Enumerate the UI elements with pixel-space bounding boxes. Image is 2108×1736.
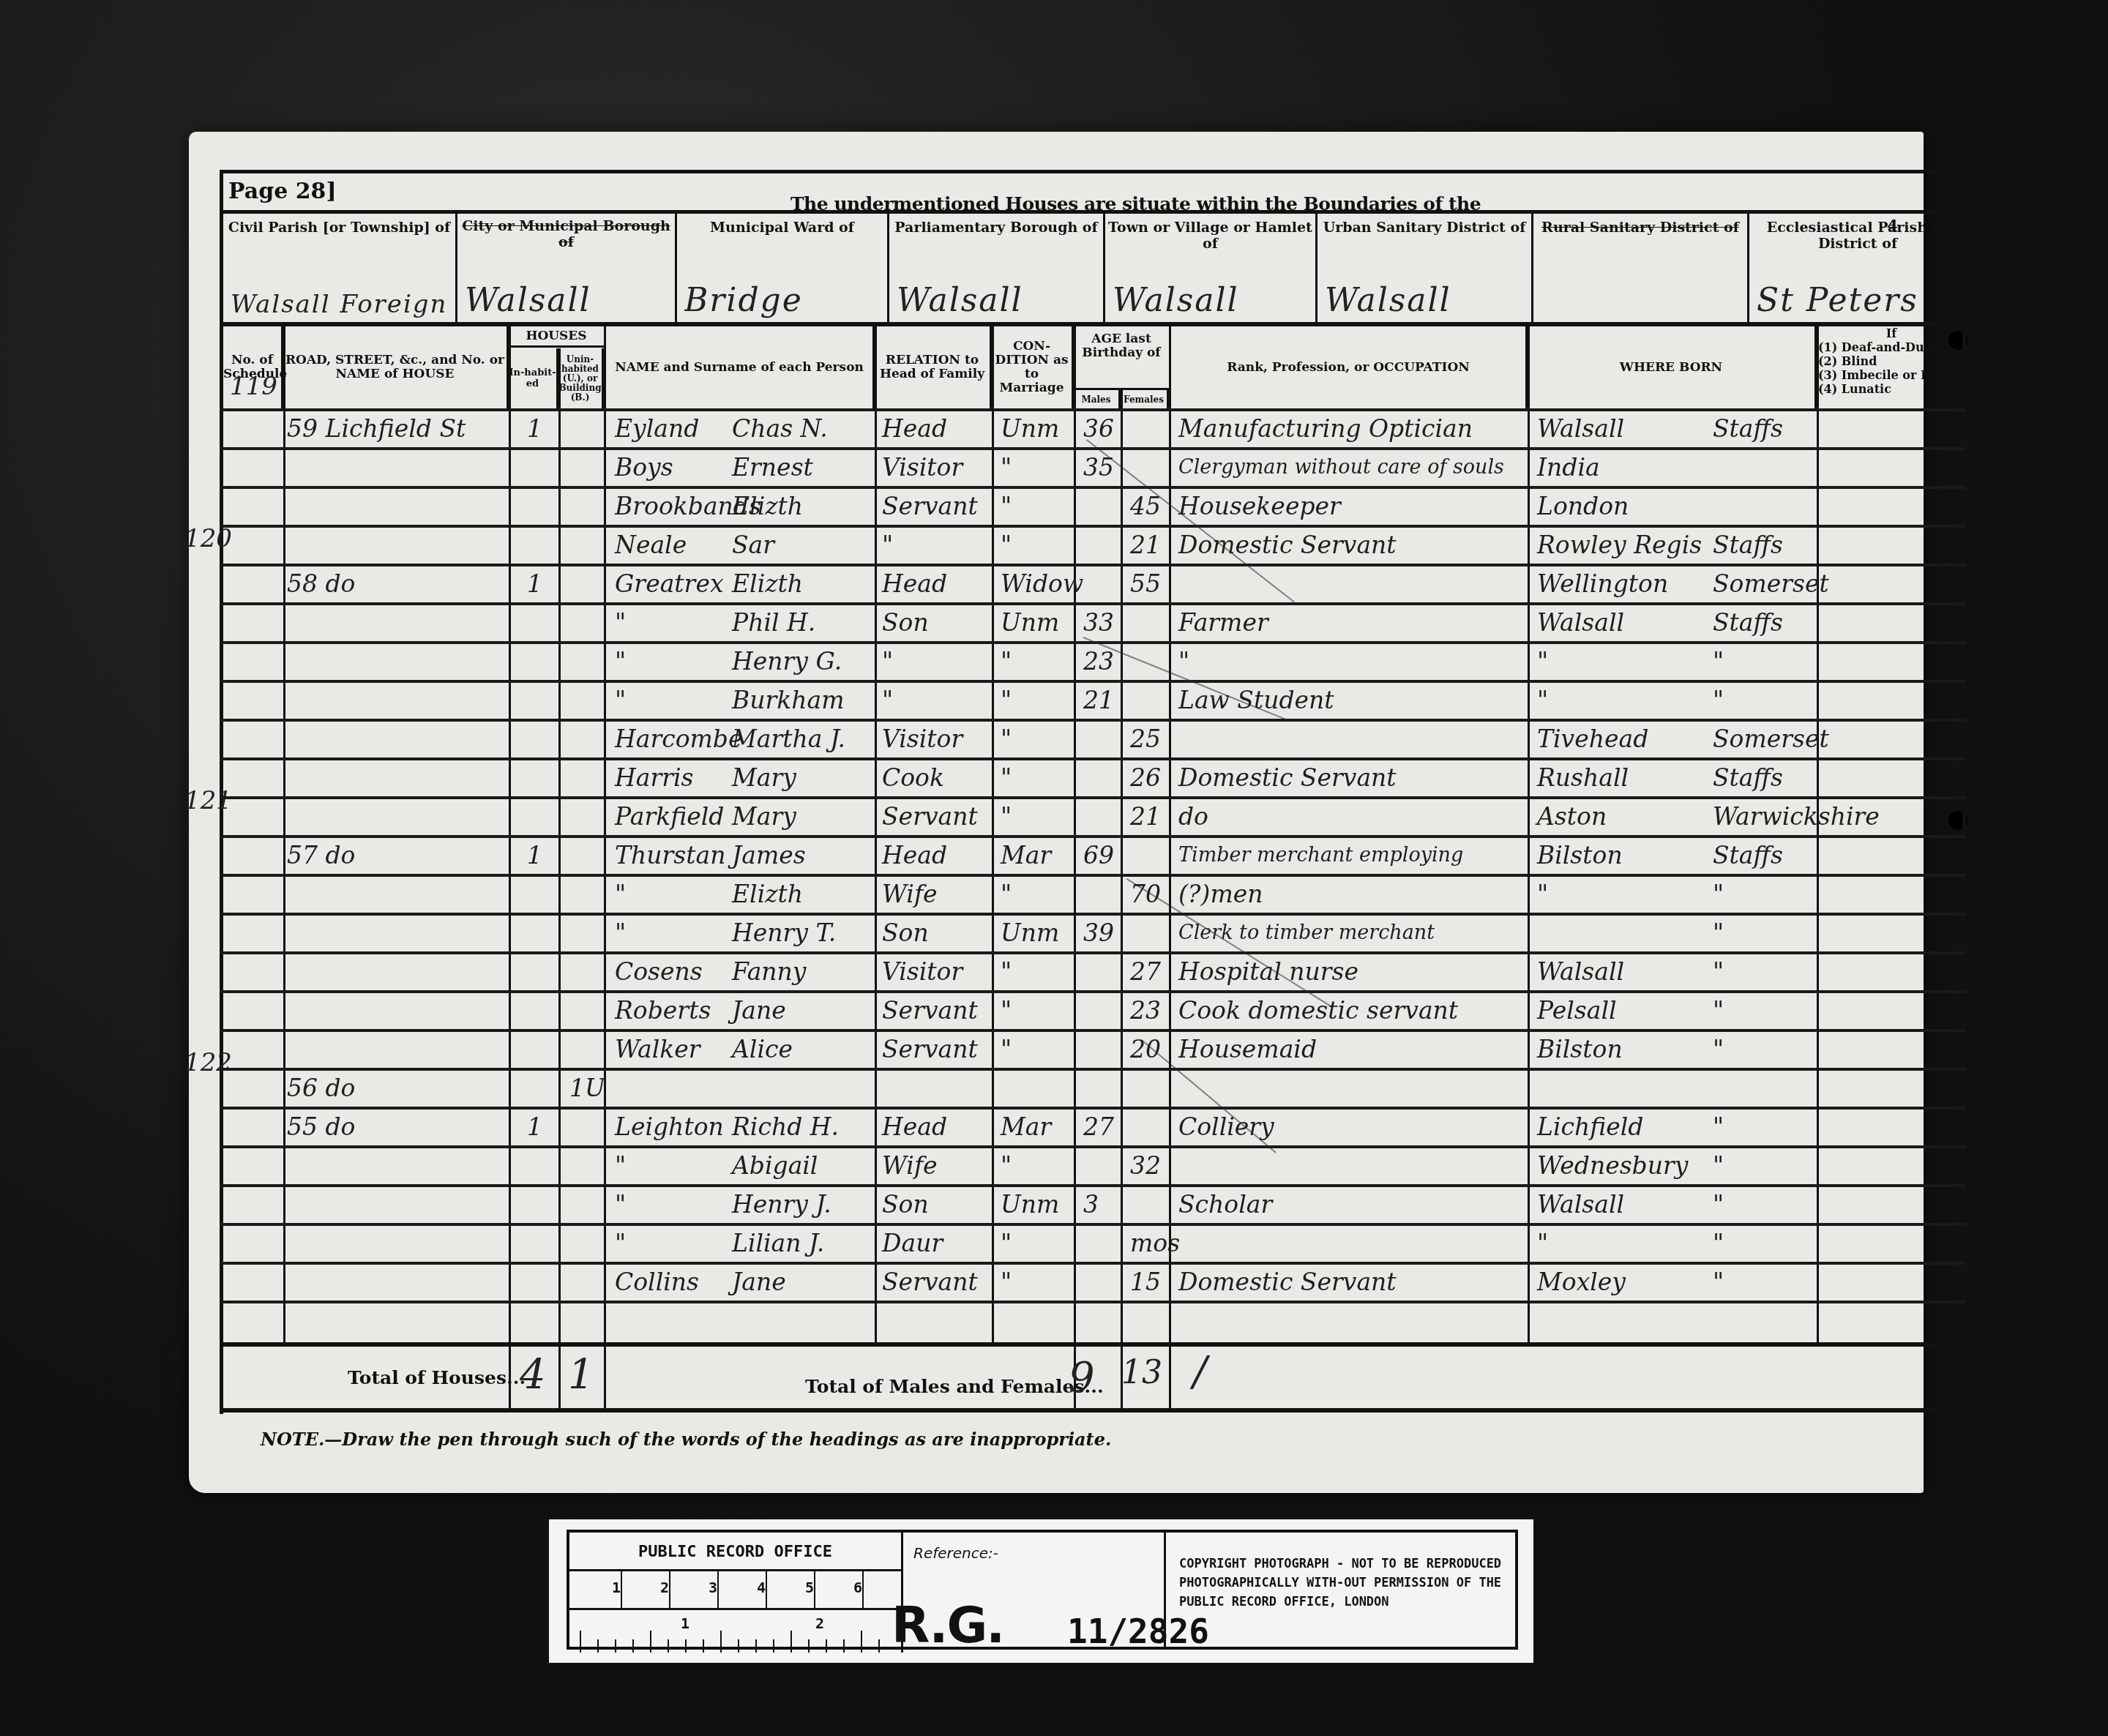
female-age-cell (1130, 605, 1174, 643)
road-cell (287, 489, 507, 527)
surname-cell: " (615, 877, 725, 915)
birthplace-cell: Walsall (1537, 1187, 1727, 1225)
surname-cell: Harcombe (615, 722, 725, 760)
forename-cell: Ernest (732, 450, 871, 488)
occupation-cell: Cook domestic servant (1178, 993, 1530, 1031)
birth-county-cell: " (1713, 877, 1844, 915)
occupation-cell (1178, 1303, 1530, 1342)
male-age-cell: 39 (1083, 916, 1127, 954)
female-age-cell (1130, 683, 1174, 721)
census-row: "Phil H.SonUnm33FarmerWalsallStaffs (220, 602, 1966, 640)
uninhabited-cell (569, 799, 613, 837)
total-persons-label: Total of Males and Females... (805, 1376, 1104, 1397)
boundary-value: Walsall (897, 282, 1099, 319)
uninhabited-cell (569, 1265, 613, 1303)
road-cell: 59 Lichfield St (287, 411, 507, 449)
header-condition: CON-DITION as to Marriage (992, 326, 1074, 408)
forename-cell: Chas N. (732, 411, 871, 449)
condition-cell: " (1001, 1265, 1081, 1303)
occupation-cell: Domestic Servant (1178, 1265, 1530, 1303)
totals-row: Total of Houses... 4 1 Total of Males an… (220, 1342, 1966, 1413)
relation-cell: " (882, 644, 992, 682)
occupation-cell: Housemaid (1178, 1032, 1530, 1070)
census-row: "Burkham""21Law Student"" (220, 680, 1966, 718)
census-row: BoysErnestVisitor"35Clergyman without ca… (220, 447, 1966, 485)
census-row: HarrisMaryCook"26Domestic ServantRushall… (220, 757, 1966, 796)
male-age-cell (1083, 1148, 1127, 1186)
surname-cell: " (615, 644, 725, 682)
birthplace-cell: " (1537, 683, 1727, 721)
relation-cell: " (882, 683, 992, 721)
occupation-cell: Law Student (1178, 683, 1530, 721)
boundary-parliamentary-borough: Parliamentary Borough of Walsall (889, 214, 1105, 323)
birth-county-cell: " (1713, 1032, 1844, 1070)
female-age-cell: 26 (1130, 760, 1174, 798)
surname-cell: " (615, 1226, 725, 1264)
census-row: CosensFannyVisitor"27Hospital nurseWalsa… (220, 951, 1966, 989)
boundary-municipal-borough: City or Municipal Borough of Walsall (457, 214, 677, 323)
ruler-tick (773, 1639, 774, 1653)
inhabited-cell: 1 (527, 566, 571, 605)
birth-county-cell: Staffs (1713, 528, 1844, 566)
occupation-cell: Farmer (1178, 605, 1530, 643)
birth-county-cell: " (1713, 993, 1844, 1031)
birth-county-cell: Staffs (1713, 411, 1844, 449)
surname-cell: Harris (615, 760, 725, 798)
uninhabited-cell (569, 838, 613, 876)
occupation-cell: Hospital nurse (1178, 954, 1530, 992)
birth-county-cell (1713, 489, 1844, 527)
surname-cell: Brookbands (615, 489, 725, 527)
forename-cell (732, 1303, 871, 1342)
uninhabited-cell (569, 993, 613, 1031)
header-inhabited: In-habit-ed (509, 348, 558, 408)
surname-cell: Walker (615, 1032, 725, 1070)
surname-cell: " (615, 916, 725, 954)
ruler-tick (790, 1631, 792, 1653)
condition-cell: " (1001, 954, 1081, 992)
forename-cell: Mary (732, 760, 871, 798)
surname-cell (615, 1071, 725, 1109)
census-row: CollinsJaneServant"15Domestic ServantMox… (220, 1262, 1966, 1300)
boundary-value: Walsall (465, 282, 670, 319)
birthplace-cell: Rushall (1537, 760, 1727, 798)
occupation-cell: Scholar (1178, 1187, 1530, 1225)
census-row: ParkfieldMaryServant"21doAstonWarwickshi… (220, 796, 1966, 834)
ruler-panel: PUBLIC RECORD OFFICE 1 2 3 4 5 6 1 2 (569, 1533, 903, 1653)
forename-cell: Sar (732, 528, 871, 566)
relation-cell: Daur (882, 1226, 992, 1264)
female-age-cell: 21 (1130, 799, 1174, 837)
inhabited-cell (527, 683, 571, 721)
male-age-cell (1083, 566, 1127, 605)
relation-cell: Head (882, 838, 992, 876)
male-age-cell: 69 (1083, 838, 1127, 876)
total-houses-label: Total of Houses... (348, 1367, 526, 1388)
road-cell (287, 605, 507, 643)
surname-cell: Neale (615, 528, 725, 566)
uninhabited-cell (569, 411, 613, 449)
relation-cell: Visitor (882, 722, 992, 760)
inhabited-cell (527, 605, 571, 643)
birthplace-cell: Walsall (1537, 411, 1727, 449)
relation-cell: Servant (882, 993, 992, 1031)
inhabited-cell (527, 760, 571, 798)
reference-label: Reference:- (913, 1544, 998, 1562)
footnote: NOTE.—Draw the pen through such of the w… (261, 1429, 1111, 1450)
male-age-cell (1083, 1265, 1127, 1303)
relation-cell: " (882, 528, 992, 566)
surname-cell: " (615, 1187, 725, 1225)
relation-cell: Wife (882, 1148, 992, 1186)
forename-cell: Jane (732, 1265, 871, 1303)
birth-county-cell: " (1713, 1265, 1844, 1303)
male-age-cell (1083, 799, 1127, 837)
ruler-tick (843, 1639, 845, 1653)
header-females: Females (1121, 388, 1169, 408)
occupation-cell (1178, 1071, 1530, 1109)
female-age-cell: 55 (1130, 566, 1174, 605)
boundary-value: Bridge (684, 282, 883, 319)
birthplace-cell: Moxley (1537, 1265, 1727, 1303)
surname-cell (615, 1303, 725, 1342)
male-age-cell (1083, 1303, 1127, 1342)
total-males: 9 (1069, 1354, 1095, 1402)
total-houses-uninhabited: 1 (568, 1351, 594, 1399)
total-females: 13 (1121, 1354, 1162, 1391)
occupation-cell (1178, 1148, 1530, 1186)
birthplace-cell: Lichfield (1537, 1110, 1727, 1148)
header-where-born: WHERE BORN (1528, 326, 1817, 408)
condition-cell: " (1001, 528, 1081, 566)
birthplace-cell: Walsall (1537, 605, 1727, 643)
occupation-cell: Clergyman without care of souls (1178, 450, 1530, 488)
birth-county-cell (1713, 1071, 1844, 1109)
birthplace-cell: Wednesbury (1537, 1148, 1727, 1186)
ruler-tick (580, 1631, 581, 1653)
birth-county-cell: " (1713, 1148, 1844, 1186)
birthplace-cell: Wellington (1537, 566, 1727, 605)
male-age-cell (1083, 489, 1127, 527)
inhabited-cell: 1 (527, 838, 571, 876)
boundary-urban-sanitary: Urban Sanitary District of Walsall (1317, 214, 1533, 323)
road-cell: 55 do (287, 1110, 507, 1148)
inhabited-cell (527, 1303, 571, 1342)
female-age-cell (1130, 838, 1174, 876)
female-age-cell: 15 (1130, 1265, 1174, 1303)
occupation-cell: Domestic Servant (1178, 528, 1530, 566)
male-age-cell (1083, 1071, 1127, 1109)
birthplace-cell: Tivehead (1537, 722, 1727, 760)
census-row: "Henry J.SonUnm3ScholarWalsall" (220, 1184, 1966, 1222)
census-row: "ElizthWife"70(?)men"" (220, 874, 1966, 912)
uninhabited-cell (569, 916, 613, 954)
road-cell (287, 1187, 507, 1225)
road-cell (287, 877, 507, 915)
uninhabited-cell (569, 722, 613, 760)
uninhabited-cell (569, 489, 613, 527)
inhabited-cell (527, 528, 571, 566)
condition-cell: Unm (1001, 916, 1081, 954)
female-age-cell: mos (1130, 1226, 1174, 1264)
birthplace-cell: Bilston (1537, 1032, 1727, 1070)
uninhabited-cell (569, 450, 613, 488)
birthplace-cell: " (1537, 1226, 1727, 1264)
condition-cell: " (1001, 1226, 1081, 1264)
uninhabited-cell (569, 1148, 613, 1186)
male-age-cell (1083, 954, 1127, 992)
inhabited-cell (527, 1265, 571, 1303)
banner-title: The undermentioned Houses are situate wi… (790, 193, 1481, 214)
census-row: 57 do1ThurstanJamesHeadMar69Timber merch… (220, 835, 1966, 873)
boundary-value: Walsall (1325, 282, 1527, 319)
road-cell (287, 528, 507, 566)
uninhabited-cell (569, 644, 613, 682)
surname-cell: Roberts (615, 993, 725, 1031)
relation-cell (882, 1303, 992, 1342)
birth-county-cell (1713, 1303, 1844, 1342)
surname-cell: Eyland (615, 411, 725, 449)
boundary-value: Walsall Foreign (231, 290, 451, 319)
uninhabited-cell (569, 954, 613, 992)
birth-county-cell: " (1713, 1110, 1844, 1148)
census-row: "Lilian J.Daur"mos"" (220, 1223, 1966, 1261)
female-age-cell (1130, 644, 1174, 682)
inhabited-cell (527, 1032, 571, 1070)
condition-cell: " (1001, 450, 1081, 488)
birthplace-cell: Bilston (1537, 838, 1727, 876)
header-males: Males (1074, 388, 1121, 408)
female-age-cell (1130, 1187, 1174, 1225)
condition-cell (1001, 1303, 1081, 1342)
inhabited-cell (527, 644, 571, 682)
female-age-cell (1130, 1303, 1174, 1342)
ruler-tick (668, 1639, 669, 1653)
occupation-cell: Manufacturing Optician (1178, 411, 1530, 449)
birthplace-cell (1537, 916, 1727, 954)
uninhabited-cell (569, 1303, 613, 1342)
census-row (220, 1301, 1966, 1339)
birthplace-cell: " (1537, 877, 1727, 915)
birth-county-cell: " (1713, 644, 1844, 682)
ruler-tick (685, 1639, 687, 1653)
uninhabited-cell (569, 1110, 613, 1148)
relation-cell: Head (882, 566, 992, 605)
inhabited-cell (527, 1187, 571, 1225)
total-houses-inhabited: 4 (520, 1351, 546, 1399)
female-age-cell: 23 (1130, 993, 1174, 1031)
road-cell (287, 1148, 507, 1186)
birth-county-cell: Somerset (1713, 722, 1844, 760)
forename-cell: Abigail (732, 1148, 871, 1186)
surname-cell: Leighton (615, 1110, 725, 1148)
surname-cell: " (615, 683, 725, 721)
occupation-cell: Domestic Servant (1178, 760, 1530, 798)
relation-cell: Servant (882, 489, 992, 527)
census-row: 59 Lichfield St1EylandChas N.HeadUnm36Ma… (220, 408, 1966, 446)
road-cell (287, 1303, 507, 1342)
birthplace-cell: London (1537, 489, 1727, 527)
condition-cell: Unm (1001, 605, 1081, 643)
uninhabited-cell: 1U (569, 1071, 613, 1109)
relation-cell: Cook (882, 760, 992, 798)
inhabited-cell (527, 1071, 571, 1109)
male-age-cell (1083, 877, 1127, 915)
surname-cell: Thurstan (615, 838, 725, 876)
inhabited-cell (527, 722, 571, 760)
ruler-tick (650, 1631, 651, 1653)
uninhabited-cell (569, 683, 613, 721)
page-number: Page 28] (228, 179, 337, 204)
condition-cell (1001, 1071, 1081, 1109)
forename-cell: Martha J. (732, 722, 871, 760)
condition-cell: Mar (1001, 1110, 1081, 1148)
uninhabited-cell (569, 760, 613, 798)
male-age-cell (1083, 1226, 1127, 1264)
road-cell (287, 722, 507, 760)
condition-cell: " (1001, 489, 1081, 527)
ruler-tick (703, 1639, 704, 1653)
relation-cell: Head (882, 1110, 992, 1148)
forename-cell: Henry T. (732, 916, 871, 954)
census-row: "Henry G.""23""" (220, 641, 1966, 679)
female-age-cell: 32 (1130, 1148, 1174, 1186)
copyright-notice: COPYRIGHT PHOTOGRAPH - NOT TO BE REPRODU… (1164, 1533, 1517, 1647)
female-age-cell (1130, 450, 1174, 488)
boundary-rural-sanitary: Rural Sanitary District of (1533, 214, 1749, 323)
inhabited-cell (527, 799, 571, 837)
inhabited-cell (527, 1148, 571, 1186)
forename-cell: Fanny (732, 954, 871, 992)
cm-ruler: 1 2 3 4 5 6 (569, 1569, 901, 1610)
female-age-cell: 45 (1130, 489, 1174, 527)
forename-cell: Henry J. (732, 1187, 871, 1225)
forename-cell: Jane (732, 993, 871, 1031)
road-cell (287, 954, 507, 992)
inhabited-cell (527, 916, 571, 954)
road-cell (287, 799, 507, 837)
header-infirmity: If (1) Deaf-and-Dumb (2) Blind (3) Imbec… (1818, 326, 1965, 408)
forename-cell (732, 1071, 871, 1109)
surname-cell: Collins (615, 1265, 725, 1303)
female-age-cell (1130, 1110, 1174, 1148)
female-age-cell (1130, 1071, 1174, 1109)
surname-cell: " (615, 605, 725, 643)
relation-cell: Wife (882, 877, 992, 915)
male-age-cell (1083, 528, 1127, 566)
birth-county-cell (1713, 450, 1844, 488)
census-row: RobertsJaneServant"23Cook domestic serva… (220, 990, 1966, 1028)
occupation-cell: do (1178, 799, 1530, 837)
female-age-cell: 27 (1130, 954, 1174, 992)
male-age-cell: 21 (1083, 683, 1127, 721)
female-age-cell: 21 (1130, 528, 1174, 566)
road-cell (287, 683, 507, 721)
road-cell (287, 1226, 507, 1264)
uninhabited-cell (569, 1187, 613, 1225)
boundary-value: St Peters (1757, 282, 1962, 319)
road-cell (287, 450, 507, 488)
relation-cell (882, 1071, 992, 1109)
road-cell (287, 1032, 507, 1070)
forename-cell: Elizth (732, 566, 871, 605)
forename-cell: Elizth (732, 877, 871, 915)
surname-cell: " (615, 1148, 725, 1186)
condition-cell: " (1001, 877, 1081, 915)
birth-county-cell: " (1713, 954, 1844, 992)
uninhabited-cell (569, 1032, 613, 1070)
condition-cell: " (1001, 683, 1081, 721)
boundary-value: Walsall (1113, 282, 1311, 319)
occupation-cell: (?)men (1178, 877, 1530, 915)
surname-cell: Cosens (615, 954, 725, 992)
birthplace-cell: " (1537, 644, 1727, 682)
uninhabited-cell (569, 528, 613, 566)
header-name: NAME and Surname of each Person (604, 326, 875, 408)
surname-cell: Parkfield (615, 799, 725, 837)
forename-cell: Mary (732, 799, 871, 837)
relation-cell: Son (882, 916, 992, 954)
birth-county-cell: Staffs (1713, 838, 1844, 876)
relation-cell: Servant (882, 1265, 992, 1303)
occupation-cell (1178, 722, 1530, 760)
condition-cell: " (1001, 722, 1081, 760)
forename-cell: Elizth (732, 489, 871, 527)
census-row: 55 do1LeightonRichd H.HeadMar27CollieryL… (220, 1107, 1966, 1145)
relation-cell: Servant (882, 799, 992, 837)
census-row: "Henry T.SonUnm39Clerk to timber merchan… (220, 913, 1966, 951)
road-cell (287, 916, 507, 954)
inhabited-cell: 1 (527, 411, 571, 449)
inch-mark: 1 (681, 1615, 689, 1632)
male-age-cell: 23 (1083, 644, 1127, 682)
uninhabited-cell (569, 877, 613, 915)
ruler-tick (826, 1639, 827, 1653)
ruler-tick (632, 1639, 634, 1653)
male-age-cell: 33 (1083, 605, 1127, 643)
male-age-cell (1083, 993, 1127, 1031)
forename-cell: Burkham (732, 683, 871, 721)
boundary-civil-parish: Civil Parish [or Township] of Walsall Fo… (223, 214, 457, 323)
ruler-tick (878, 1639, 880, 1653)
schedule-number: 119 (230, 372, 277, 401)
birthplace-cell (1537, 1303, 1727, 1342)
condition-cell: Unm (1001, 1187, 1081, 1225)
ruler-tick (597, 1639, 599, 1653)
birth-county-cell: " (1713, 1187, 1844, 1225)
condition-cell: " (1001, 993, 1081, 1031)
boundary-municipal-ward: Municipal Ward of Bridge (677, 214, 889, 323)
occupation-cell: Clerk to timber merchant (1178, 916, 1530, 954)
female-age-cell (1130, 916, 1174, 954)
uninhabited-cell (569, 566, 613, 605)
uninhabited-cell (569, 1226, 613, 1264)
inhabited-cell (527, 877, 571, 915)
birthplace-cell: Pelsall (1537, 993, 1727, 1031)
census-row: "AbigailWife"32Wednesbury" (220, 1145, 1966, 1183)
female-age-cell: 25 (1130, 722, 1174, 760)
female-age-cell (1130, 411, 1174, 449)
census-row: HarcombeMartha J.Visitor"25TiveheadSomer… (220, 719, 1966, 757)
ruler-tick (808, 1639, 810, 1653)
male-age-cell (1083, 722, 1127, 760)
relation-cell: Servant (882, 1032, 992, 1070)
condition-cell: " (1001, 1032, 1081, 1070)
inhabited-cell (527, 1226, 571, 1264)
occupation-cell (1178, 1226, 1530, 1264)
surname-cell: Boys (615, 450, 725, 488)
road-cell (287, 993, 507, 1031)
